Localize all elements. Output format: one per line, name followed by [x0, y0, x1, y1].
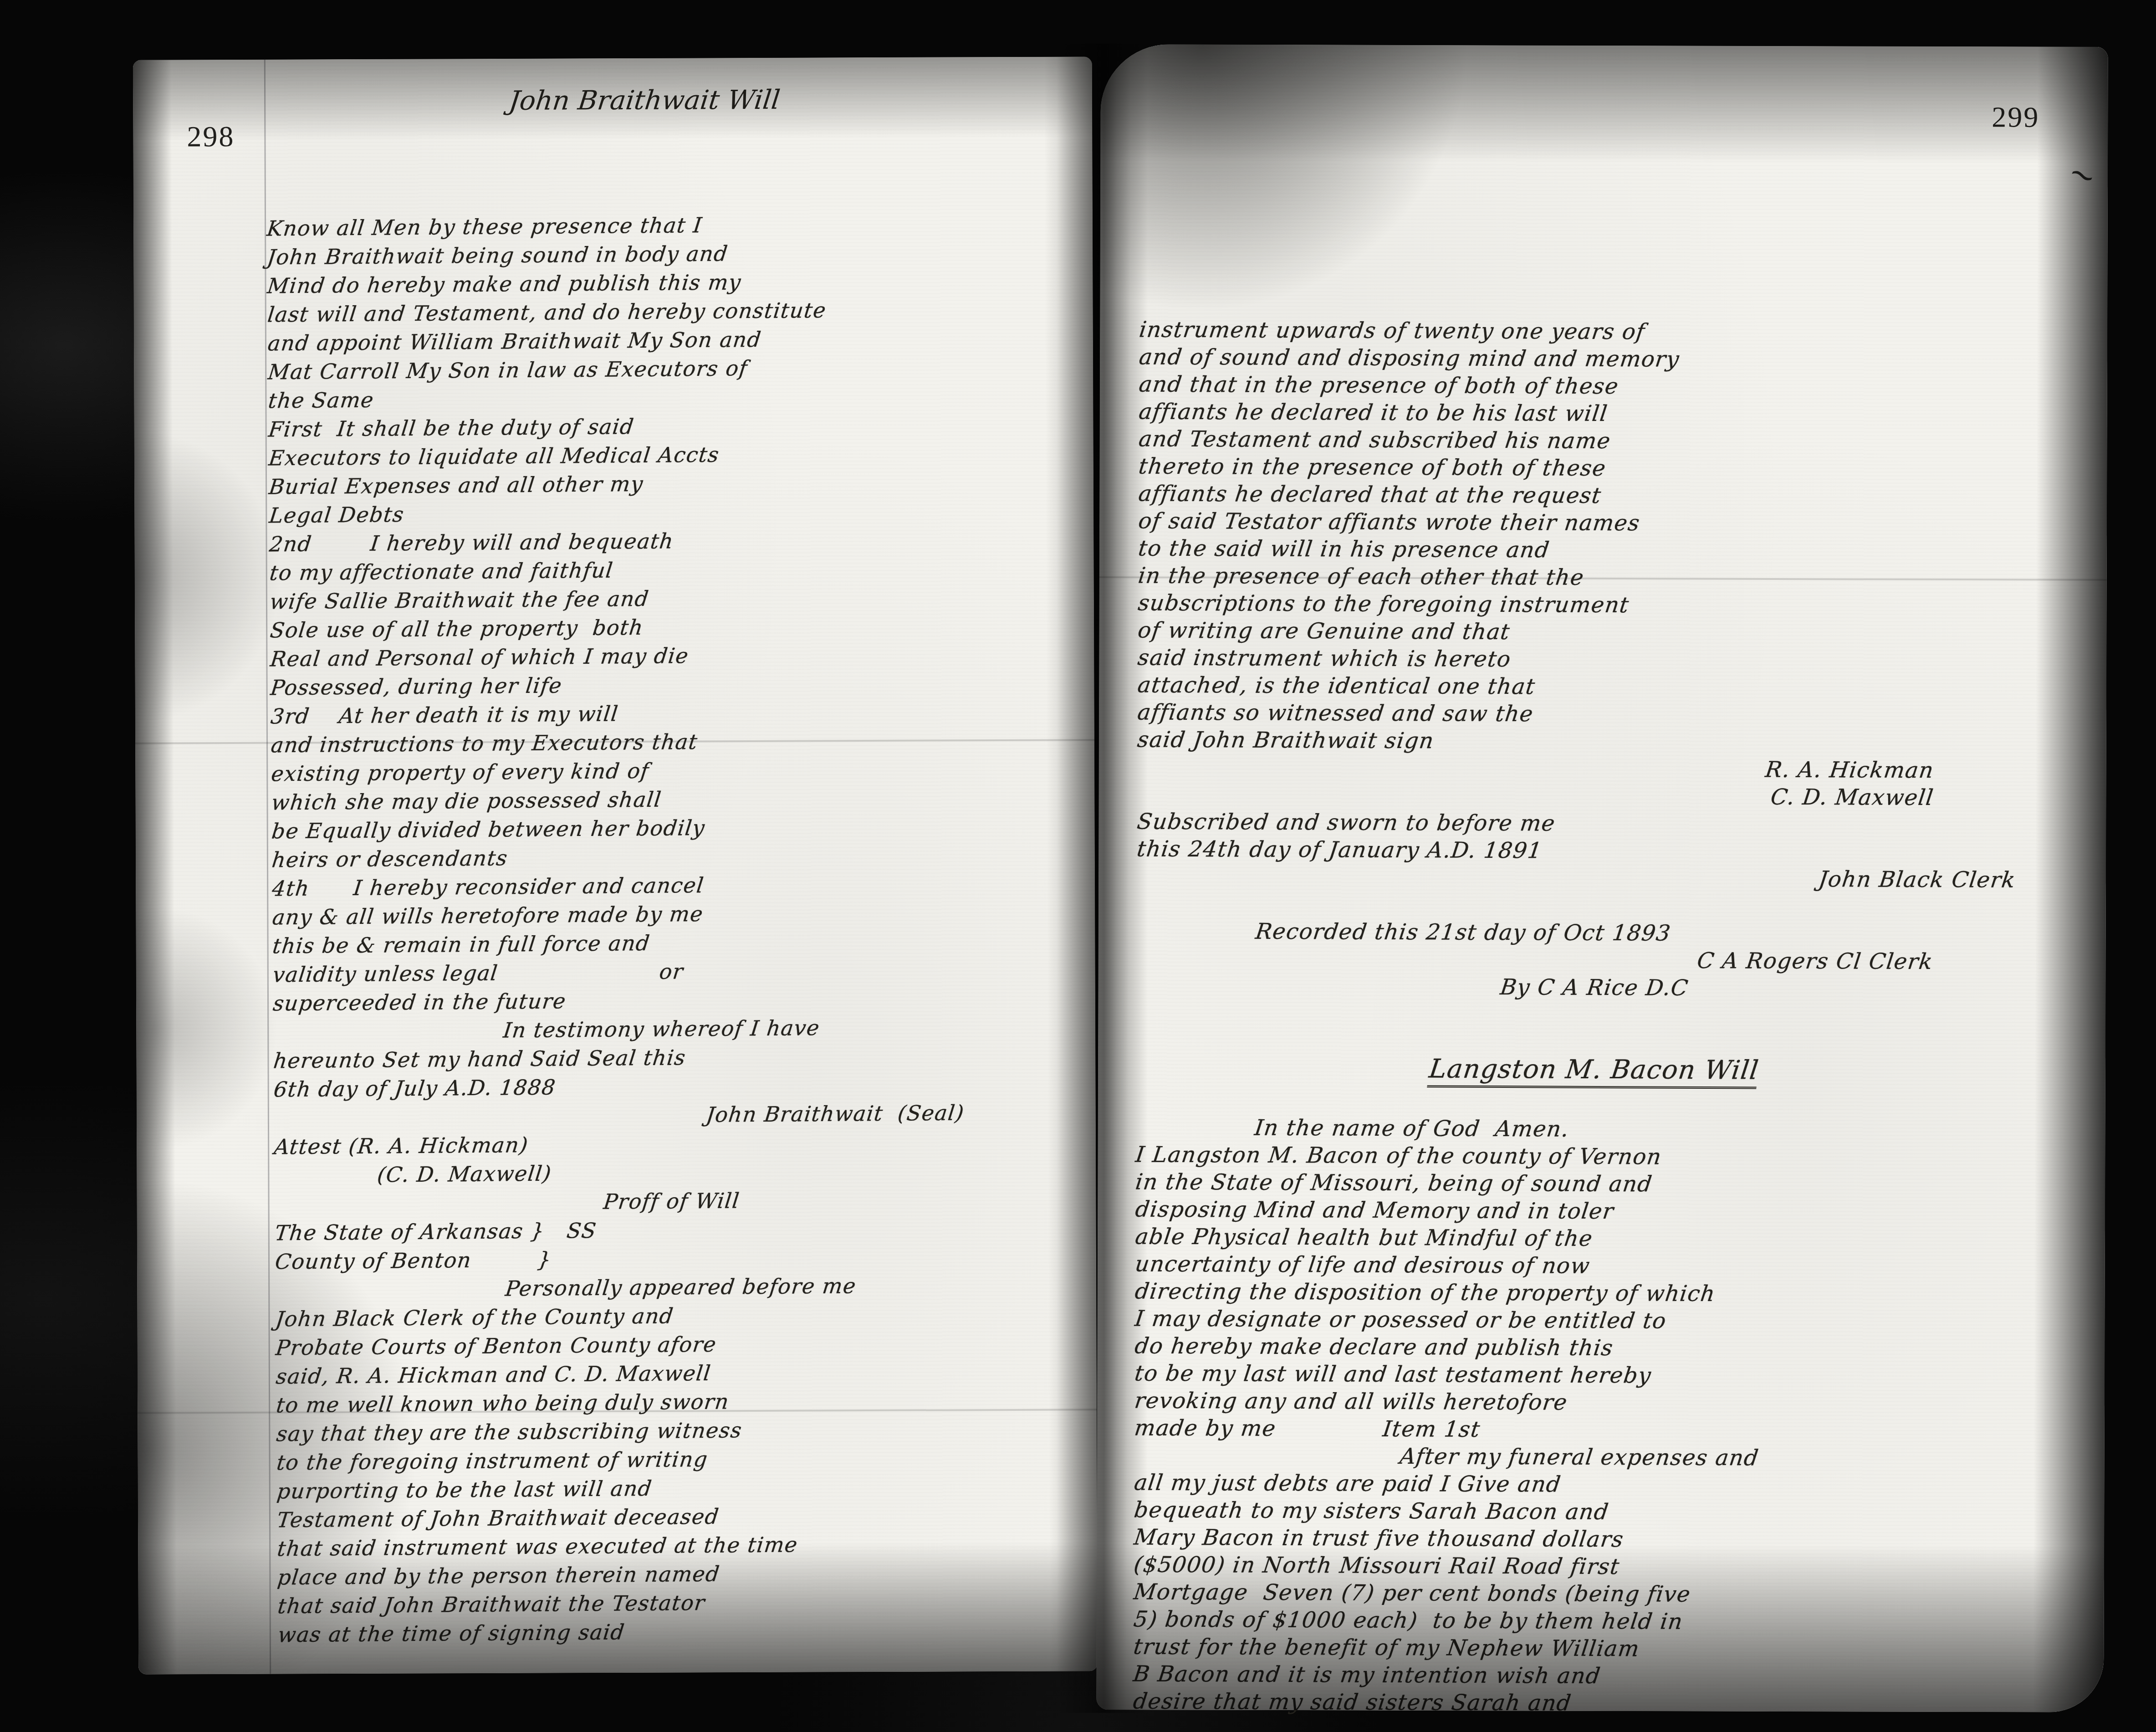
text-line: I Langston M. Bacon of the county of Ver… [1136, 1141, 2051, 1173]
text-line [1136, 1027, 2052, 1058]
text-line: trust for the benefit of my Nephew Willi… [1134, 1633, 2049, 1665]
text-line: John Black Clerk [1137, 863, 2052, 894]
text-line: Mary Bacon in trust five thousand dollar… [1134, 1524, 2049, 1555]
text-line: of writing are Genuine and that [1138, 617, 2054, 648]
text-line: C. D. Maxwell [1137, 781, 2053, 812]
text-line: to the said will in his presence and [1139, 535, 2054, 566]
text-line: said John Braithwait sign [1138, 726, 2053, 758]
text-line: Langston M. Bacon Will [1136, 1054, 2052, 1091]
text-line: uncertainty of life and desirous of now [1135, 1250, 2051, 1282]
pen-flourish-mark: ~ [2063, 152, 2103, 197]
text-line [1136, 1086, 2051, 1118]
scanned-book-spread: 298 John Braithwait Will Know all Men by… [0, 0, 2156, 1732]
handwritten-text-left: Know all Men by these presence that IJoh… [267, 208, 1072, 1650]
text-line: C A Rogers Cl Clerk [1137, 945, 2052, 976]
text-line: subscriptions to the foregoing instrumen… [1138, 589, 2054, 621]
page-title-john-braithwait-will: John Braithwait Will [251, 83, 1037, 117]
page-299: 299 ~ instrument upwards of twenty one y… [1096, 44, 2108, 1712]
page-298: 298 John Braithwait Will Know all Men by… [133, 56, 1098, 1674]
text-line: and Testament and subscribed his name [1139, 425, 2054, 457]
text-line: all my just debts are paid I Give and [1134, 1469, 2050, 1501]
text-line: Recorded this 21st day of Oct 1893 [1137, 917, 2052, 949]
page-number-left: 298 [187, 120, 235, 154]
text-line: in the presence of each other that the [1138, 562, 2054, 594]
text-line: and that in the presence of both of thes… [1139, 371, 2054, 402]
text-line: In the name of God Amen. [1136, 1114, 2051, 1145]
text-line: affiants he declared that at the request [1139, 480, 2054, 512]
text-line: After my funeral expenses and [1134, 1442, 2050, 1473]
text-line: R. A. Hickman [1137, 753, 2053, 785]
text-line: affiants so witnessed and saw the [1138, 699, 2053, 730]
text-line: directing the disposition of the propert… [1135, 1278, 2050, 1309]
text-line: disposing Mind and Memory and in toler [1135, 1196, 2051, 1227]
text-line: made by me Item 1st [1134, 1414, 2050, 1446]
text-line [1137, 890, 2052, 922]
text-line: bequeath to my sisters Sarah Bacon and [1134, 1496, 2049, 1528]
text-line: to be my last will and last testament he… [1135, 1360, 2050, 1391]
text-line: affiants he declared it to be his last w… [1139, 398, 2054, 430]
handwritten-text-right: instrument upwards of twenty one years o… [1134, 316, 2055, 1719]
text-line: do hereby make declare and publish this [1135, 1332, 2050, 1364]
text-line: Subscribed and sworn to before me [1137, 808, 2053, 840]
text-line: said instrument which is hereto [1138, 644, 2054, 676]
text-line: 5) bonds of $1000 each) to be by them he… [1134, 1606, 2049, 1637]
text-line: instrument upwards of twenty one years o… [1139, 316, 2055, 348]
text-line: B Bacon and it is my intention wish and [1134, 1660, 2049, 1692]
text-line: thereto in the presence of both of these [1139, 453, 2054, 484]
text-line: and of sound and disposing mind and memo… [1139, 343, 2054, 375]
text-line: was at the time of signing said [278, 1614, 1071, 1650]
text-line: revoking any and all wills heretofore [1134, 1387, 2050, 1419]
text-line: this 24th day of January A.D. 1891 [1137, 835, 2053, 867]
text-line: of said Testator affiants wrote their na… [1139, 507, 2054, 539]
text-line: desire that my said sisters Sarah and [1134, 1688, 2049, 1719]
text-line: attached, is the identical one that [1138, 671, 2053, 703]
text-line: By C A Rice D.C [1136, 972, 2052, 1004]
text-line: able Physical health but Mindful of the [1135, 1223, 2051, 1255]
text-line: I may designate or posessed or be entitl… [1135, 1305, 2050, 1337]
page-number-right: 299 [1992, 100, 2039, 134]
text-line: ($5000) in North Missouri Rail Road firs… [1134, 1551, 2049, 1583]
text-line [1136, 999, 2052, 1031]
text-line: Mortgage Seven (7) per cent bonds (being… [1134, 1578, 2049, 1610]
text-line: in the State of Missouri, being of sound… [1135, 1168, 2051, 1200]
